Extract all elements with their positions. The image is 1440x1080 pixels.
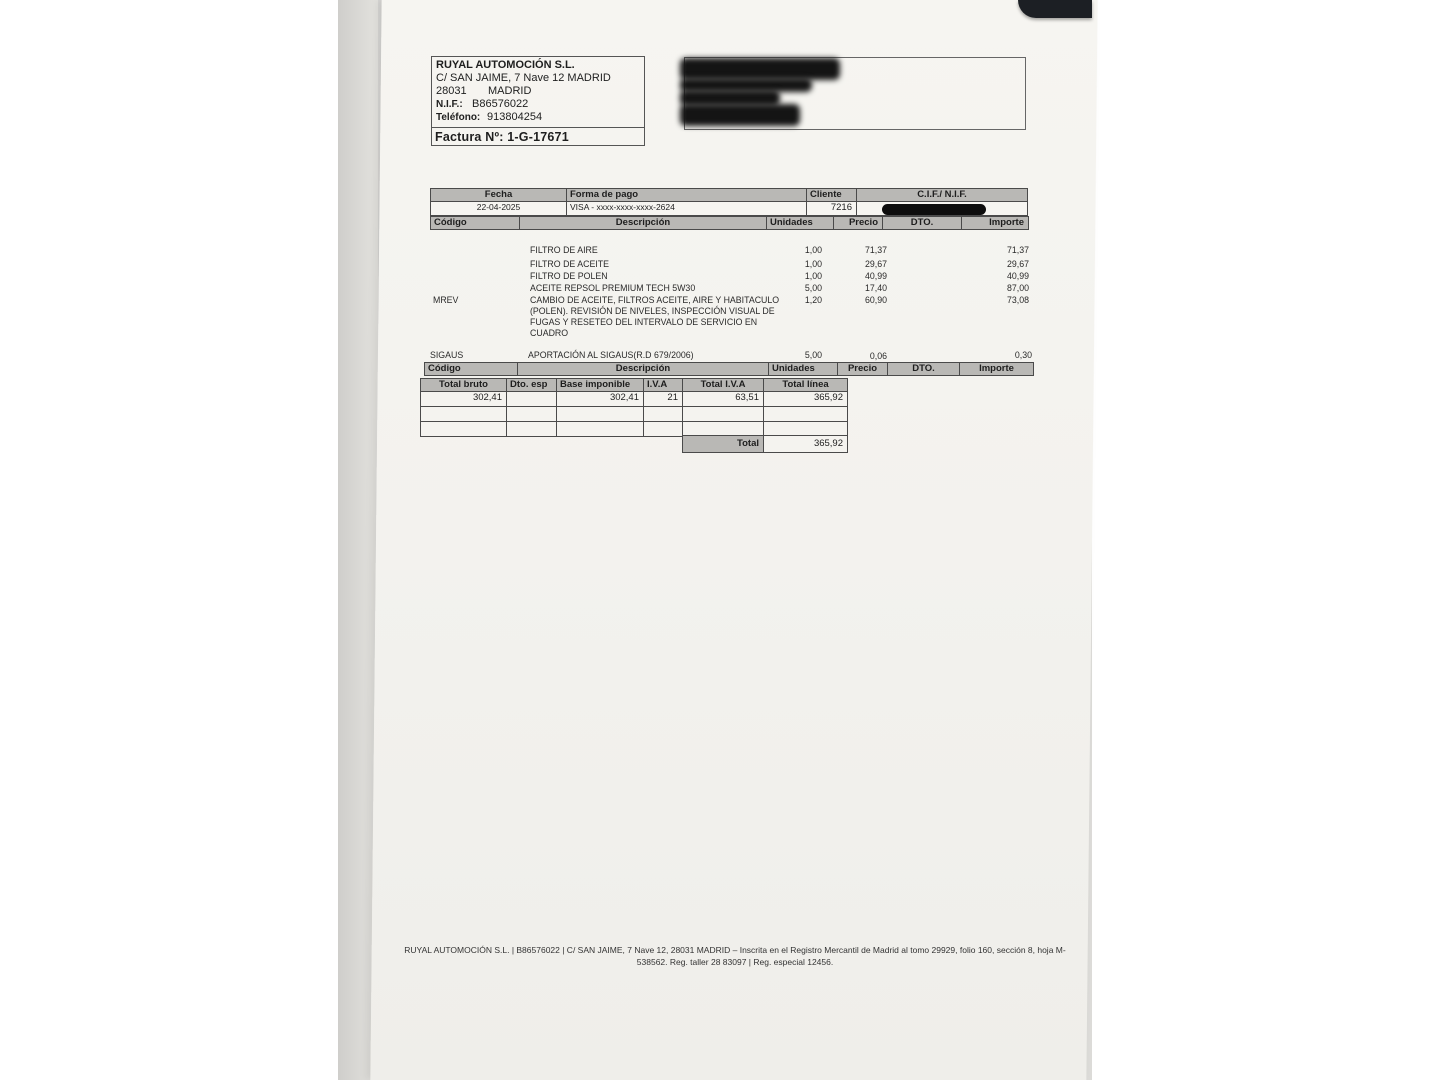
value-base-imponible	[556, 421, 644, 437]
payment-method: VISA - xxxx-xxxx-xxxx-2624	[566, 201, 807, 216]
line-code: SIGAUS	[430, 350, 510, 361]
col-unidades-repeat: Unidades	[768, 362, 838, 376]
line-code: MREV	[433, 295, 513, 306]
col-unidades: Unidades	[766, 216, 834, 230]
line-amount: 29,67	[980, 259, 1029, 270]
header-cif: C.I.F./ N.I.F.	[856, 188, 1028, 202]
grand-total-label: Total	[682, 435, 764, 453]
line-description: FILTRO DE AIRE	[530, 245, 790, 256]
line-units: 1,00	[780, 271, 822, 282]
value-base-imponible	[556, 406, 644, 422]
line-description: CUADRO	[530, 328, 790, 339]
header-forma-pago: Forma de pago	[566, 188, 807, 202]
header-total-bruto: Total bruto	[420, 378, 507, 392]
col-dto: DTO.	[882, 216, 962, 230]
redaction-mark	[680, 58, 840, 80]
value-total-bruto: 302,41	[420, 391, 507, 407]
company-nif: B86576022	[472, 98, 528, 111]
line-description: FILTRO DE ACEITE	[530, 259, 790, 270]
line-price: 29,67	[840, 259, 887, 270]
line-amount: 40,99	[980, 271, 1029, 282]
line-description: (POLEN). REVISIÓN DE NIVELES, INSPECCIÓN…	[530, 306, 790, 317]
cif-redaction-mark	[882, 204, 986, 215]
line-amount: 73,08	[980, 295, 1029, 306]
company-phone: 913804254	[487, 111, 542, 124]
col-descripcion-repeat: Descripción	[517, 362, 769, 376]
col-precio: Precio	[833, 216, 883, 230]
col-importe-repeat: Importe	[959, 362, 1034, 376]
header-iva: I.V.A	[643, 378, 683, 392]
company-city: MADRID	[488, 85, 531, 98]
header-base-imponible: Base imponible	[556, 378, 644, 392]
line-amount: 71,37	[980, 245, 1029, 256]
line-units: 1,00	[780, 259, 822, 270]
value-iva	[643, 406, 683, 422]
value-dto-esp	[506, 421, 557, 437]
line-amount: 87,00	[980, 283, 1029, 294]
value-iva: 21	[643, 391, 683, 407]
device-corner	[1018, 0, 1092, 18]
line-description: CAMBIO DE ACEITE, FILTROS ACEITE, AIRE Y…	[530, 295, 790, 306]
col-codigo-repeat: Código	[424, 362, 518, 376]
header-total-linea: Total línea	[763, 378, 848, 392]
header-cliente: Cliente	[806, 188, 857, 202]
company-postal-code: 28031	[436, 85, 467, 98]
company-phone-label: Teléfono:	[436, 111, 480, 124]
line-description: ACEITE REPSOL PREMIUM TECH 5W30	[530, 283, 790, 294]
line-description: FUGAS Y RESETEO DEL INTERVALO DE SERVICI…	[530, 317, 790, 328]
value-base-imponible: 302,41	[556, 391, 644, 407]
line-price: 17,40	[840, 283, 887, 294]
line-units: 1,00	[780, 245, 822, 256]
value-total-bruto	[420, 406, 507, 422]
client-id: 7216	[806, 201, 857, 216]
col-dto-repeat: DTO.	[887, 362, 960, 376]
col-descripcion: Descripción	[519, 216, 767, 230]
header-total-iva: Total I.V.A	[682, 378, 764, 392]
col-codigo: Código	[430, 216, 520, 230]
company-address: C/ SAN JAIME, 7 Nave 12 MADRID	[436, 72, 611, 85]
line-units: 1,20	[780, 295, 822, 306]
redaction-mark	[680, 104, 800, 126]
footer-line-2: 538562. Reg. taller 28 83097 | Reg. espe…	[400, 956, 1070, 968]
company-nif-label: N.I.F.:	[436, 98, 463, 111]
value-dto-esp	[506, 406, 557, 422]
invoice-paper	[370, 0, 1097, 1080]
line-description: APORTACIÓN AL SIGAUS(R.D 679/2006)	[528, 350, 788, 361]
value-total-iva: 63,51	[682, 391, 764, 407]
value-total-linea: 365,92	[763, 391, 848, 407]
header-fecha: Fecha	[430, 188, 567, 202]
value-dto-esp	[506, 391, 557, 407]
company-info-box: RUYAL AUTOMOCIÓN S.L. C/ SAN JAIME, 7 Na…	[431, 56, 645, 146]
value-total-bruto	[420, 421, 507, 437]
legal-footer: RUYAL AUTOMOCIÓN S.L. | B86576022 | C/ S…	[400, 944, 1070, 968]
line-price: 60,90	[840, 295, 887, 306]
line-amount: 0,30	[980, 350, 1032, 361]
divider	[432, 127, 644, 128]
invoice-number-row: Factura Nº: 1-G-17671	[435, 130, 569, 144]
line-description: FILTRO DE POLEN	[530, 271, 790, 282]
value-iva	[643, 421, 683, 437]
col-precio-repeat: Precio	[837, 362, 888, 376]
invoice-number: 1-G-17671	[507, 130, 569, 144]
line-units: 5,00	[780, 283, 822, 294]
footer-line-1: RUYAL AUTOMOCIÓN S.L. | B86576022 | C/ S…	[400, 944, 1070, 956]
invoice-number-label: Factura Nº:	[435, 130, 504, 144]
line-units: 5,00	[780, 350, 822, 361]
invoice-date: 22-04-2025	[430, 201, 567, 216]
grand-total-value: 365,92	[763, 435, 848, 453]
value-total-iva	[682, 406, 764, 422]
company-name: RUYAL AUTOMOCIÓN S.L.	[436, 59, 575, 72]
value-total-linea	[763, 406, 848, 422]
col-importe: Importe	[961, 216, 1029, 230]
line-price: 40,99	[840, 271, 887, 282]
line-price: 0,06	[840, 351, 887, 362]
header-dto-esp: Dto. esp	[506, 378, 557, 392]
line-price: 71,37	[840, 245, 887, 256]
